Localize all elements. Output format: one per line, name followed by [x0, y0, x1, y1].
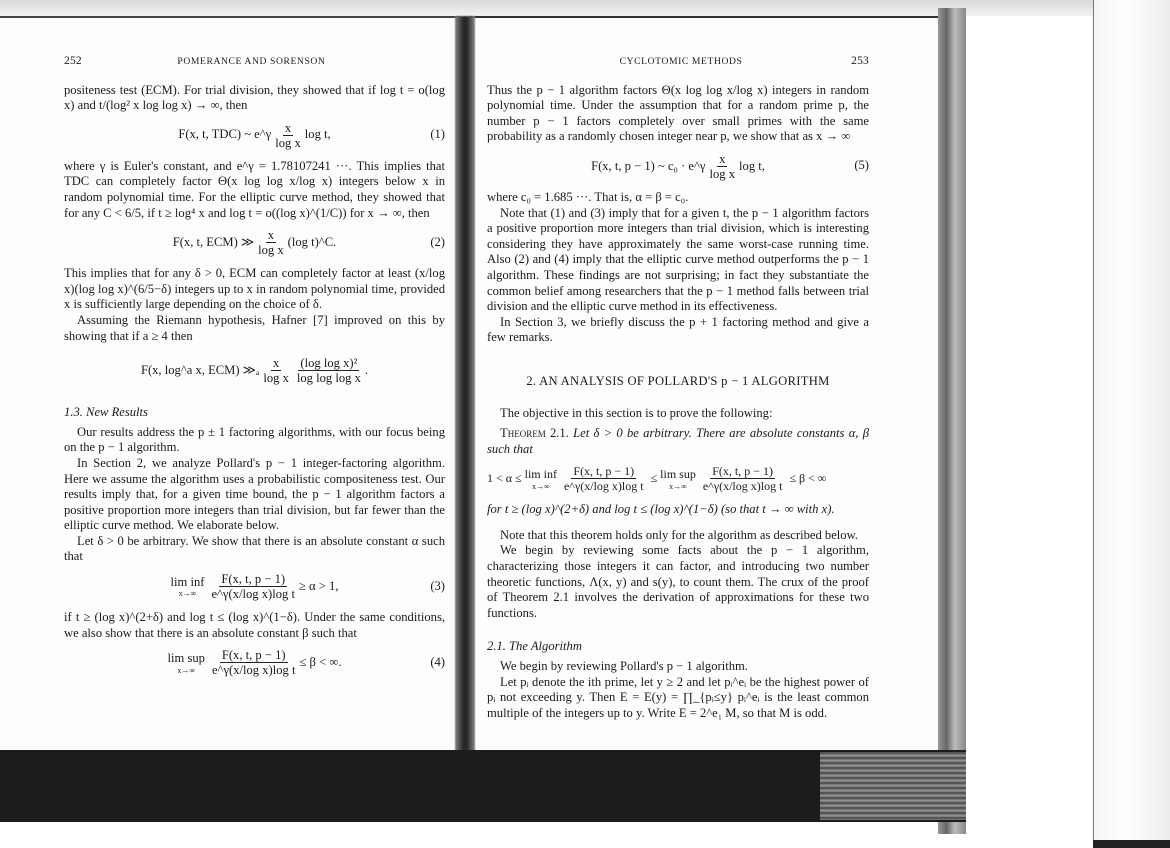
subsection-heading: 2.1. The Algorithm	[487, 639, 869, 655]
paragraph: Note that this theorem holds only for th…	[487, 528, 869, 544]
paragraph: We begin by reviewing some facts about t…	[487, 543, 869, 621]
paragraph: The objective in this section is to prov…	[487, 406, 869, 422]
fraction: (log log x)² log log log x	[295, 356, 363, 385]
paragraph: Thus the p − 1 algorithm factors Θ(x log…	[487, 83, 869, 145]
eq-rhs: (log t)^C.	[288, 235, 337, 251]
eq-lhs: F(x, log^a x, ECM) ≫ₐ	[141, 363, 259, 379]
paragraph: Assuming the Riemann hypothesis, Hafner …	[64, 313, 445, 344]
fraction: x log x	[256, 228, 286, 257]
paragraph: if t ≥ (log x)^(2+δ) and log t ≤ (log x)…	[64, 610, 445, 641]
page-number: 253	[851, 54, 869, 70]
theorem-statement: Theorem 2.1. Let δ > 0 be arbitrary. The…	[487, 426, 869, 457]
paragraph: Let pᵢ denote the ith prime, let y ≥ 2 a…	[487, 675, 869, 722]
equation-1: F(x, t, TDC) ~ e^γ x log x log t, (1)	[64, 121, 445, 150]
paragraph: In Section 3, we briefly discuss the p +…	[487, 315, 869, 346]
equation-number: (4)	[430, 655, 445, 671]
fraction: F(x, t, p − 1) e^γ(x/log x)log t	[701, 464, 785, 493]
scan-top-margin	[0, 0, 1170, 16]
equation-number: (5)	[854, 159, 869, 175]
adjacent-sheet	[1093, 0, 1170, 848]
fraction: x log x	[273, 121, 303, 150]
left-page-content: 252 POMERANCE AND SORENSON positeness te…	[64, 54, 445, 686]
fraction: F(x, t, p − 1) e^γ(x/log x)log t	[562, 464, 646, 493]
equation-5: F(x, t, p − 1) ~ c₀ · e^γ x log x log t,…	[487, 152, 869, 181]
equation-3: lim inf x→∞ F(x, t, p − 1) e^γ(x/log x)l…	[64, 572, 445, 601]
right-running-head: CYCLOTOMIC METHODS 253	[487, 54, 869, 70]
page-edge-shadow	[938, 8, 966, 834]
equation-4: lim sup x→∞ F(x, t, p − 1) e^γ(x/log x)l…	[64, 648, 445, 677]
fraction: x log x	[261, 356, 291, 385]
equation-number: (1)	[430, 127, 445, 143]
section-heading: 2. AN ANALYSIS OF POLLARD'S p − 1 ALGORI…	[487, 374, 869, 390]
subsection-heading: 1.3. New Results	[64, 405, 445, 421]
paragraph: positeness test (ECM). For trial divisio…	[64, 83, 445, 114]
theorem-condition: for t ≥ (log x)^(2+δ) and log t ≤ (log x…	[487, 502, 869, 518]
book-gutter	[455, 16, 475, 752]
paragraph: Note that (1) and (3) imply that for a g…	[487, 206, 869, 315]
equation-hafner: F(x, log^a x, ECM) ≫ₐ x log x (log log x…	[64, 356, 445, 385]
fraction: F(x, t, p − 1) e^γ(x/log x)log t	[210, 648, 298, 677]
right-page-content: CYCLOTOMIC METHODS 253 Thus the p − 1 al…	[487, 54, 869, 721]
eq-lhs: F(x, t, ECM) ≫	[173, 235, 254, 251]
eq-lhs: F(x, t, p − 1) ~ c₀ · e^γ	[591, 159, 705, 175]
eq-lhs: F(x, t, TDC) ~ e^γ	[178, 127, 271, 143]
paragraph: where γ is Euler's constant, and e^γ = 1…	[64, 159, 445, 221]
equation-number: (3)	[430, 579, 445, 595]
eq-rhs: log t,	[739, 159, 765, 175]
page-stack-edges	[820, 752, 966, 820]
running-title: POMERANCE AND SORENSON	[177, 54, 325, 70]
paragraph: Our results address the p ± 1 factoring …	[64, 425, 445, 456]
fraction: x log x	[707, 152, 737, 181]
equation-number: (2)	[430, 235, 445, 251]
equation-2: F(x, t, ECM) ≫ x log x (log t)^C. (2)	[64, 228, 445, 257]
eq-rhs: ≥ α > 1,	[299, 579, 339, 595]
fraction: F(x, t, p − 1) e^γ(x/log x)log t	[209, 572, 297, 601]
theorem-equation: 1 < α ≤ lim inf x→∞ F(x, t, p − 1) e^γ(x…	[487, 464, 869, 493]
adjacent-sheet-shadow	[1093, 840, 1170, 848]
paragraph: In Section 2, we analyze Pollard's p − 1…	[64, 456, 445, 534]
left-running-head: 252 POMERANCE AND SORENSON	[64, 54, 445, 70]
limit-operator: lim inf x→∞	[171, 575, 205, 599]
limit-operator: lim sup x→∞	[168, 651, 205, 675]
eq-rhs: ≤ β < ∞.	[299, 655, 341, 671]
running-title: CYCLOTOMIC METHODS	[620, 54, 743, 70]
limit-operator: lim sup x→∞	[660, 467, 696, 491]
theorem-label: Theorem 2.1.	[500, 426, 569, 440]
eq-rhs: log t,	[305, 127, 331, 143]
paragraph: This implies that for any δ > 0, ECM can…	[64, 266, 445, 313]
paragraph: Let δ > 0 be arbitrary. We show that the…	[64, 534, 445, 565]
page-number: 252	[64, 54, 82, 70]
paragraph: We begin by reviewing Pollard's p − 1 al…	[487, 659, 869, 675]
limit-operator: lim inf x→∞	[525, 467, 557, 491]
paragraph: where c₀ = 1.685 ···. That is, α = β = c…	[487, 190, 869, 206]
